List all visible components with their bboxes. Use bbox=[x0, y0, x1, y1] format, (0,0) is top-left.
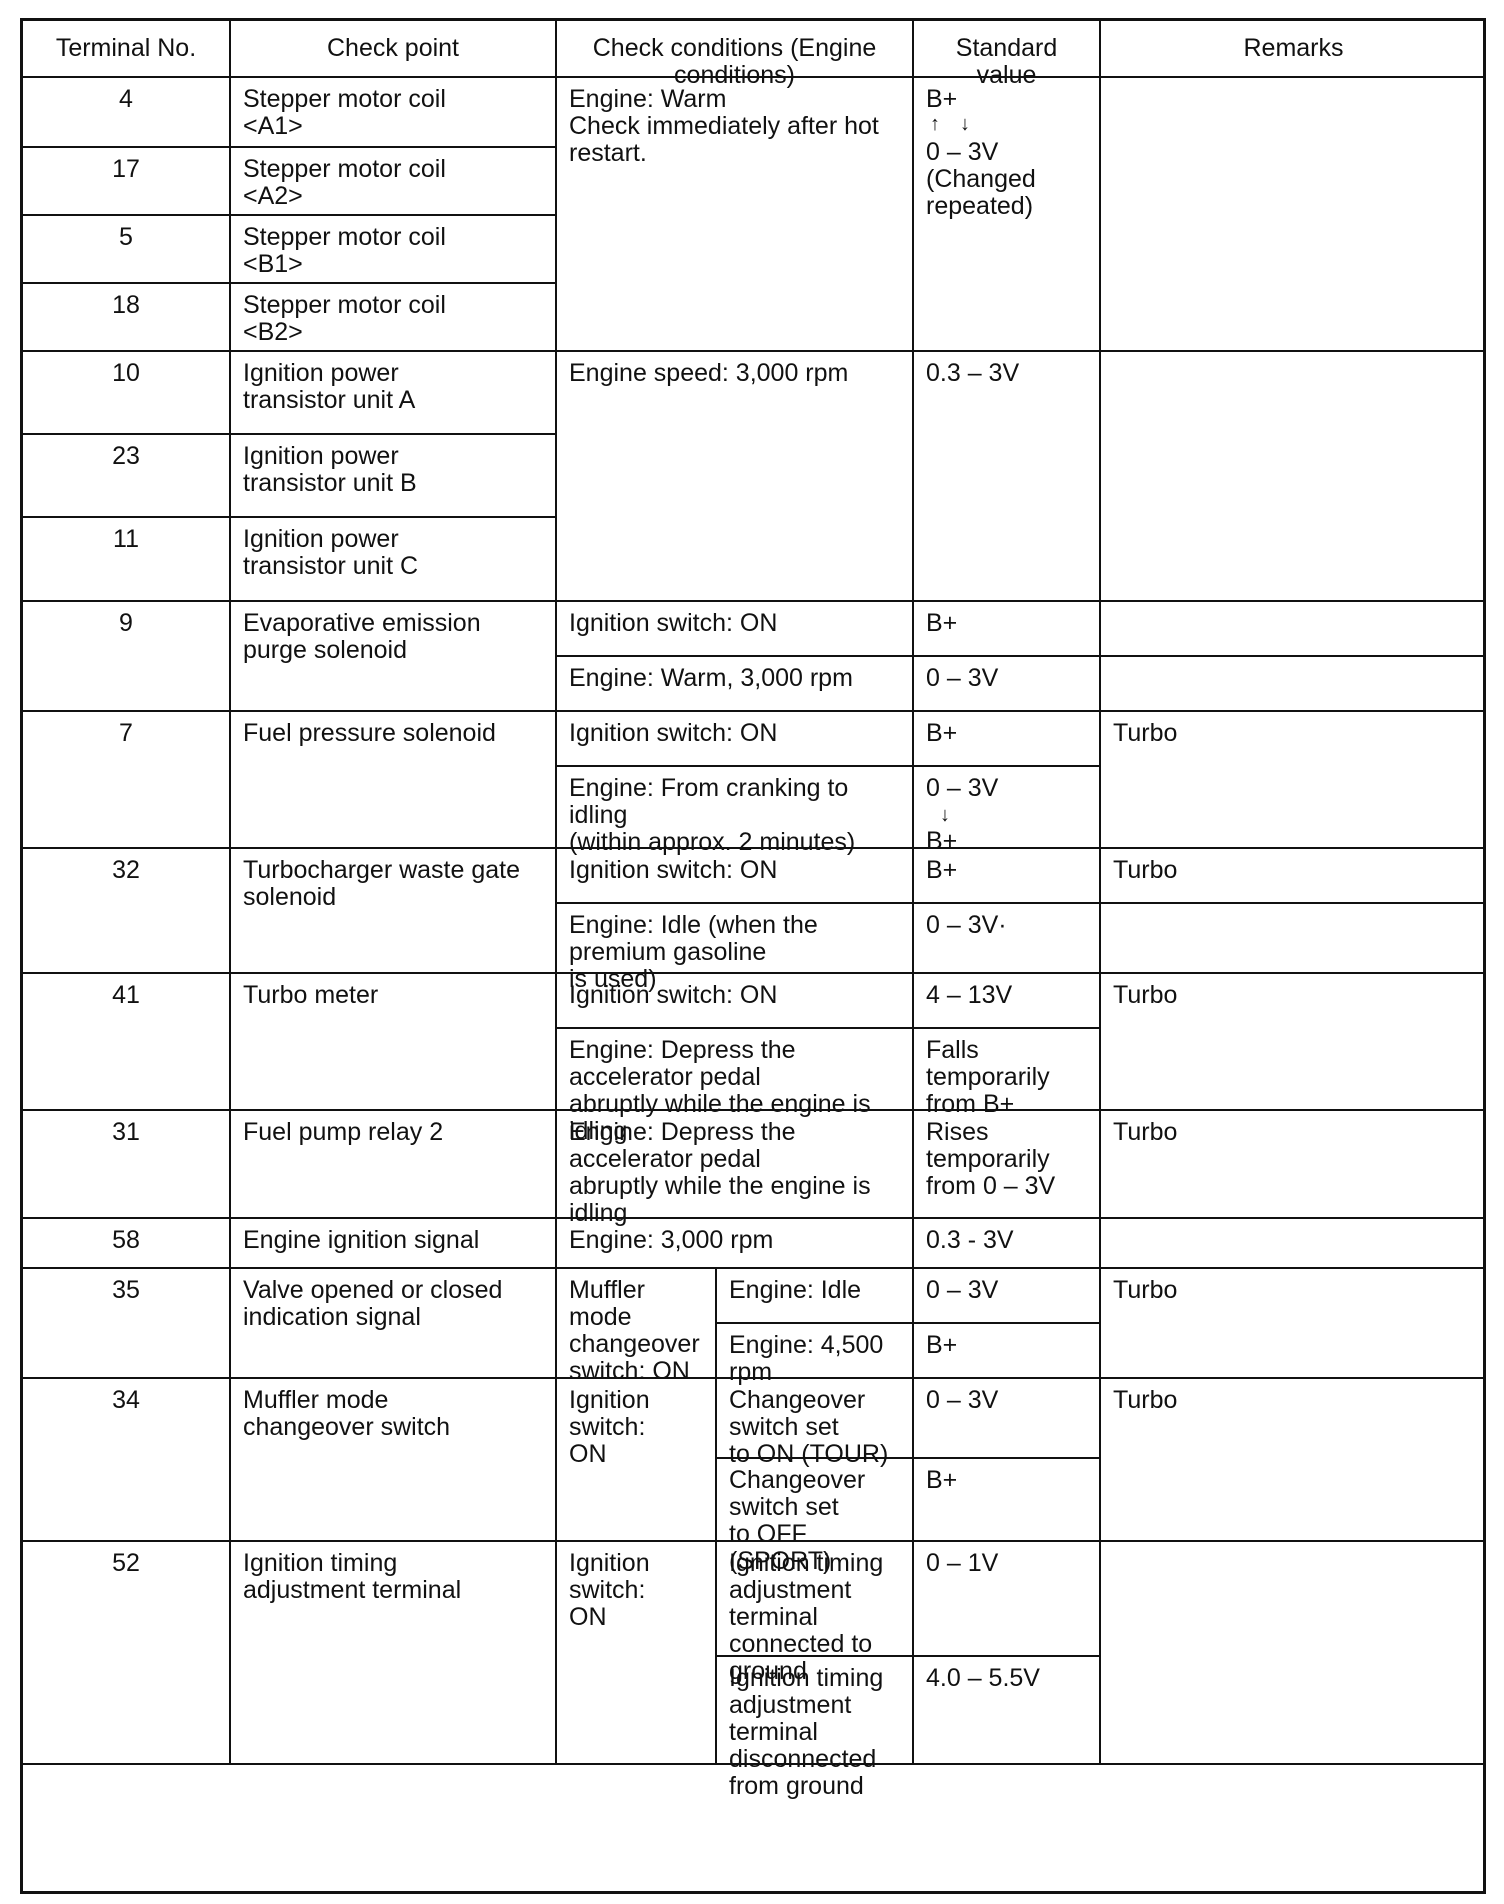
check-condition-sub: Changeover switch set to ON (TOUR) bbox=[717, 1379, 914, 1459]
terminal-number: 52 bbox=[23, 1542, 231, 1765]
check-point: Turbocharger waste gate solenoid bbox=[231, 849, 557, 974]
check-condition-sub: Engine: 4,500 rpm bbox=[717, 1324, 914, 1379]
check-point: Stepper motor coil <B1> bbox=[231, 216, 557, 284]
check-point: Ignition timing adjustment terminal bbox=[231, 1542, 557, 1765]
remarks: Turbo bbox=[1101, 712, 1486, 849]
arrow-down-icon: ↓ bbox=[926, 802, 1087, 828]
check-condition: Engine: 3,000 rpm bbox=[557, 1219, 914, 1269]
check-point: Engine ignition signal bbox=[231, 1219, 557, 1269]
check-point: Ignition power transistor unit B bbox=[231, 435, 557, 518]
header-check-point: Check point bbox=[231, 21, 557, 78]
terminal-number: 10 bbox=[23, 352, 231, 435]
check-condition-sub: Ignition timing adjustment terminal conn… bbox=[717, 1542, 914, 1657]
terminal-number: 35 bbox=[23, 1269, 231, 1379]
arrow-down-icon: ↓ bbox=[960, 111, 970, 137]
remarks bbox=[1101, 1219, 1486, 1269]
terminal-number: 9 bbox=[23, 602, 231, 712]
terminal-number: 17 bbox=[23, 148, 231, 216]
standard-value: Rises temporarily from 0 – 3V bbox=[914, 1111, 1101, 1219]
terminal-number: 18 bbox=[23, 284, 231, 352]
check-point: Ignition power transistor unit A bbox=[231, 352, 557, 435]
header-remarks: Remarks bbox=[1101, 21, 1486, 78]
check-point: Ignition power transistor unit C bbox=[231, 518, 557, 602]
check-condition-main: Ignition switch: ON bbox=[557, 1542, 717, 1765]
standard-value: 4.0 – 5.5V bbox=[914, 1657, 1101, 1765]
terminal-number: 32 bbox=[23, 849, 231, 974]
standard-value: 0 – 1V bbox=[914, 1542, 1101, 1657]
check-point: Valve opened or closed indication signal bbox=[231, 1269, 557, 1379]
standard-value: B+ bbox=[914, 602, 1101, 657]
remarks: Turbo bbox=[1101, 1111, 1486, 1219]
remarks bbox=[1101, 1542, 1486, 1765]
check-point: Stepper motor coil <B2> bbox=[231, 284, 557, 352]
standard-value: 4 – 13V bbox=[914, 974, 1101, 1029]
check-point: Stepper motor coil <A2> bbox=[231, 148, 557, 216]
terminal-number: 7 bbox=[23, 712, 231, 849]
standard-value-cell: B+↑↓0 – 3V (Changed repeated) bbox=[914, 78, 1101, 352]
terminal-number: 31 bbox=[23, 1111, 231, 1219]
check-condition: Engine: Depress the accelerator pedal ab… bbox=[557, 1029, 914, 1111]
ecu-terminal-check-table: Terminal No.Check pointCheck conditions … bbox=[20, 18, 1486, 1894]
remarks: Turbo bbox=[1101, 1379, 1486, 1542]
check-condition: Engine: Depress the accelerator pedal ab… bbox=[557, 1111, 914, 1219]
standard-value: B+ bbox=[914, 1459, 1101, 1542]
standard-value-note: 0 – 3V (Changed repeated) bbox=[926, 139, 1087, 220]
cycle-arrows-icon: ↑↓ bbox=[926, 113, 1087, 139]
check-condition: Ignition switch: ON bbox=[557, 974, 914, 1029]
check-condition: Ignition switch: ON bbox=[557, 602, 914, 657]
remarks bbox=[1101, 78, 1486, 352]
standard-value: B+ bbox=[914, 849, 1101, 904]
standard-value: 0 – 3V bbox=[914, 1379, 1101, 1459]
standard-value: 0 – 3V· bbox=[914, 904, 1101, 974]
standard-value: B+ bbox=[914, 1324, 1101, 1379]
standard-value: 0 – 3V bbox=[914, 1269, 1101, 1324]
check-point: Turbo meter bbox=[231, 974, 557, 1111]
remarks bbox=[1101, 657, 1486, 712]
remarks bbox=[1101, 904, 1486, 974]
check-condition-sub: Engine: Idle bbox=[717, 1269, 914, 1324]
standard-value: 0 – 3V bbox=[926, 775, 1087, 802]
check-condition: Engine: Idle (when the premium gasoline … bbox=[557, 904, 914, 974]
check-condition-main: Muffler mode changeover switch: ON bbox=[557, 1269, 717, 1379]
header-terminal-no: Terminal No. bbox=[23, 21, 231, 78]
standard-value: 0.3 - 3V bbox=[914, 1219, 1101, 1269]
remarks: Turbo bbox=[1101, 974, 1486, 1111]
standard-value: B+ bbox=[914, 712, 1101, 767]
standard-value: 0 – 3V bbox=[914, 657, 1101, 712]
check-condition: Ignition switch: ON bbox=[557, 849, 914, 904]
terminal-number: 11 bbox=[23, 518, 231, 602]
header-standard-value: Standard value bbox=[914, 21, 1101, 78]
check-condition-main: Ignition switch: ON bbox=[557, 1379, 717, 1542]
check-condition: Engine speed: 3,000 rpm bbox=[557, 352, 914, 602]
check-condition: Ignition switch: ON bbox=[557, 712, 914, 767]
check-point: Fuel pressure solenoid bbox=[231, 712, 557, 849]
check-condition: Engine: Warm Check immediately after hot… bbox=[557, 78, 914, 352]
check-condition: Engine: Warm, 3,000 rpm bbox=[557, 657, 914, 712]
remarks: Turbo bbox=[1101, 1269, 1486, 1379]
check-condition-sub: Changeover switch set to OFF (SPORT) bbox=[717, 1459, 914, 1542]
arrow-up-icon: ↑ bbox=[930, 111, 940, 137]
check-point: Muffler mode changeover switch bbox=[231, 1379, 557, 1542]
terminal-number: 58 bbox=[23, 1219, 231, 1269]
check-condition: Engine: From cranking to idling (within … bbox=[557, 767, 914, 849]
terminal-number: 4 bbox=[23, 78, 231, 148]
standard-value-cell: 0 – 3V↓B+ bbox=[914, 767, 1101, 849]
remarks bbox=[1101, 352, 1486, 602]
terminal-number: 23 bbox=[23, 435, 231, 518]
header-check-conditions: Check conditions (Engine conditions) bbox=[557, 21, 914, 78]
terminal-number: 34 bbox=[23, 1379, 231, 1542]
check-point: Stepper motor coil <A1> bbox=[231, 78, 557, 148]
check-condition-sub: Ignition timing adjustment terminal disc… bbox=[717, 1657, 914, 1765]
remarks bbox=[1101, 602, 1486, 657]
terminal-number: 41 bbox=[23, 974, 231, 1111]
standard-value: B+ bbox=[926, 86, 1087, 113]
standard-value: 0.3 – 3V bbox=[914, 352, 1101, 602]
check-point: Fuel pump relay 2 bbox=[231, 1111, 557, 1219]
check-point: Evaporative emission purge solenoid bbox=[231, 602, 557, 712]
standard-value: Falls temporarily from B+ bbox=[914, 1029, 1101, 1111]
terminal-number: 5 bbox=[23, 216, 231, 284]
remarks: Turbo bbox=[1101, 849, 1486, 904]
